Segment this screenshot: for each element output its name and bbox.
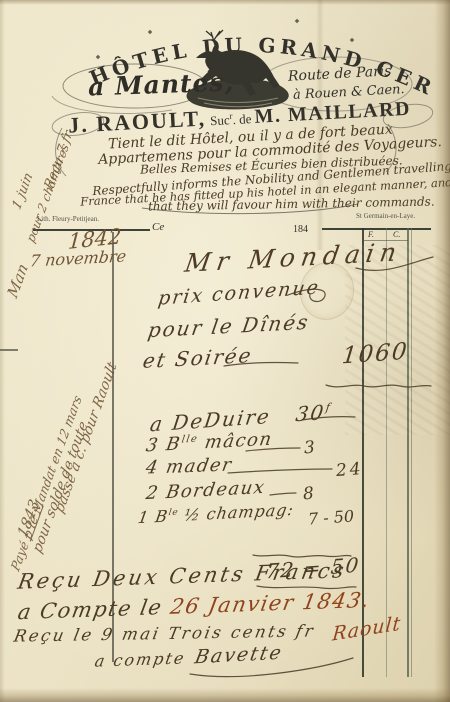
lithographer-imprint: Lith. Fleury-Petitjean. — [37, 215, 99, 223]
paper-edge-left — [0, 0, 5, 702]
receipt-line-4: a compte — [93, 648, 187, 670]
deduction-amount: 30 — [294, 400, 327, 426]
paper-edge-top — [0, 0, 450, 5]
successor-label: Sucr. de — [210, 111, 255, 128]
paper-edge-bottom — [0, 688, 450, 702]
item-row-1-amount: 3 — [303, 438, 315, 459]
ce-label: Ce — [152, 221, 164, 233]
invoice-scan: HÔTEL DU GRAND CERF. à Mantes, Route de … — [0, 0, 450, 702]
item-row-3-amount: 8 — [302, 484, 314, 505]
francs-column-header: F. — [368, 230, 374, 239]
item-row-2-label: 4 mader — [144, 454, 234, 478]
place-imprint: St Germain-en-Laye. — [356, 212, 415, 220]
city-label: à Mantes, — [88, 67, 235, 101]
item-row-4-amount: 7 - 50 — [307, 506, 354, 528]
item-row-2-amount: 24 — [335, 459, 364, 481]
agreement-amount: 1060 — [341, 339, 410, 370]
paper-edge-right — [434, 0, 450, 702]
printed-year: 184 — [293, 224, 308, 235]
